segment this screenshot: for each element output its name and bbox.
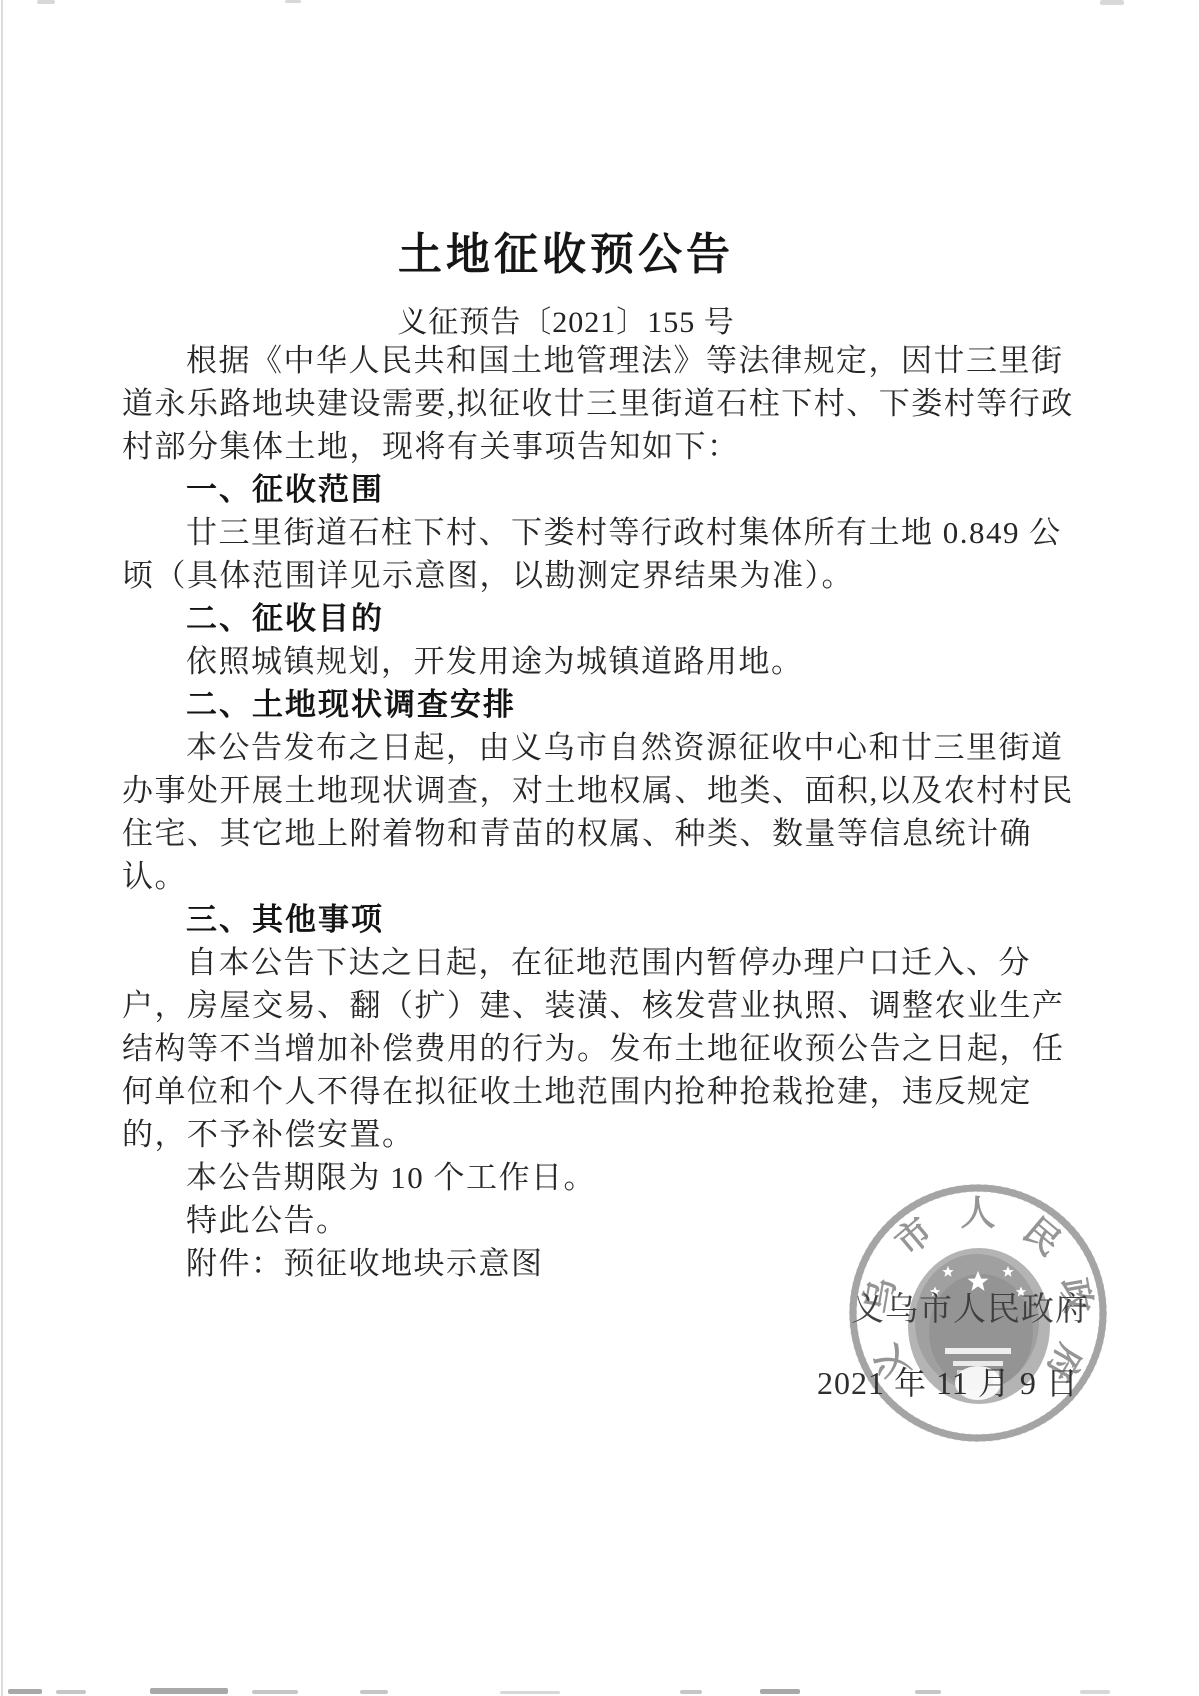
page-title: 土地征收预公告: [122, 218, 1080, 282]
document-line: 认。: [122, 855, 1085, 898]
document-page: 土地征收预公告 义征预告〔2021〕155 号 根据《中华人民共和国土地管理法》…: [0, 0, 1199, 1696]
document-line: 住宅、其它地上附着物和青苗的权属、种类、数量等信息统计确: [122, 812, 1085, 855]
section-heading: 一、征收范围: [122, 468, 1085, 511]
scan-artifact: [56, 1690, 86, 1694]
section-heading: 三、其他事项: [122, 898, 1085, 941]
scan-artifact: [1080, 1690, 1110, 1694]
scan-artifact: [252, 1690, 298, 1694]
scan-artifact: [500, 1691, 560, 1694]
document-line: 廿三里街道石柱下村、下娄村等行政村集体所有土地 0.849 公: [122, 511, 1085, 554]
seal-arc-char: 人: [960, 1194, 995, 1233]
scan-artifact: [37, 0, 55, 4]
section-heading: 二、征收目的: [122, 597, 1085, 640]
scan-artifact: [150, 1688, 228, 1694]
document-line: 结构等不当增加补偿费用的行为。发布土地征收预公告之日起，任: [122, 1027, 1085, 1070]
document-line: 的，不予补偿安置。: [122, 1113, 1085, 1156]
document-line: 顷（具体范围详见示意图，以勘测定界结果为准）。: [122, 554, 1085, 597]
document-line: 何单位和个人不得在拟征收土地范围内抢种抢栽抢建，违反规定: [122, 1070, 1085, 1113]
scan-artifact: [915, 1690, 941, 1694]
signature-government-name: 义乌市人民政府: [851, 1283, 1089, 1330]
document-line: 本公告发布之日起，由义乌市自然资源征收中心和廿三里街道: [122, 726, 1085, 769]
document-line: 户，房屋交易、翻（扩）建、装潢、核发营业执照、调整农业生产: [122, 984, 1085, 1027]
document-number: 义征预告〔2021〕155 号: [122, 297, 1080, 341]
scan-artifact: [760, 1689, 800, 1694]
document-line: 办事处开展土地现状调查，对土地权属、地类、面积,以及农村村民: [122, 769, 1085, 812]
scan-edge-artifact: [1, 0, 3, 1696]
document-line: 道永乐路地块建设需要,拟征收廿三里街道石柱下村、下娄村等行政: [122, 382, 1085, 425]
scan-artifact: [8, 1689, 42, 1694]
scan-artifact: [285, 0, 301, 3]
section-heading: 二、土地现状调查安排: [122, 683, 1085, 726]
scan-artifact: [680, 1690, 702, 1694]
document-line: 根据《中华人民共和国土地管理法》等法律规定，因廿三里街: [122, 339, 1085, 382]
document-line: 村部分集体土地，现将有关事项告知如下：: [122, 425, 1085, 468]
scan-artifact: [360, 1690, 388, 1694]
scan-artifact: [1100, 0, 1124, 5]
document-body: 根据《中华人民共和国土地管理法》等法律规定，因廿三里街道永乐路地块建设需要,拟征…: [122, 339, 1085, 1285]
signature-date: 2021 年 11 月 9 日: [817, 1358, 1079, 1404]
document-line: 依照城镇规划，开发用途为城镇道路用地。: [122, 640, 1085, 683]
document-line: 自本公告下达之日起，在征地范围内暂停办理户口迁入、分: [122, 941, 1085, 984]
